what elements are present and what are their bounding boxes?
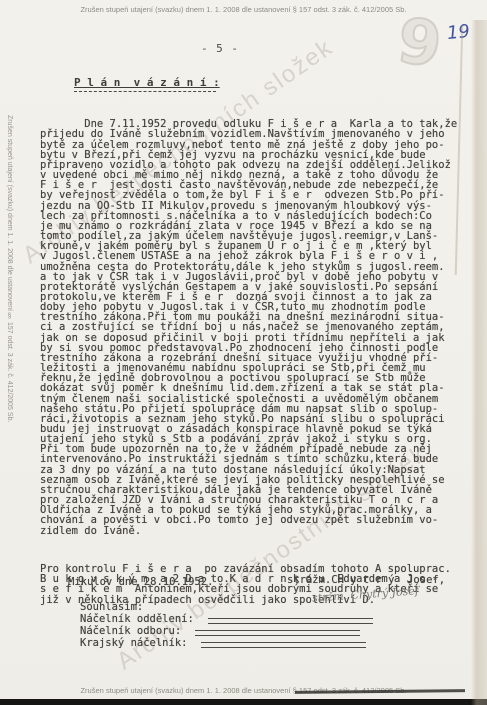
signature-line bbox=[201, 642, 366, 648]
scanned-document-page: Zrušen stupeň utajení (svazku) dnem 1. 1… bbox=[0, 0, 487, 705]
place-and-date: Mikulov dne 28.10.1952. bbox=[68, 576, 213, 588]
typed-page-number: - 5 - bbox=[0, 42, 440, 55]
scan-edge-black-bar bbox=[0, 699, 487, 705]
typed-text-line: dokázat svůj poměr k dnešnímu lid.dem.zř… bbox=[40, 383, 480, 393]
document-body: Dne 7.11.1952 provedu odluku F i š e r a… bbox=[40, 99, 480, 625]
approval-row-section-chief: Náčelník odboru: bbox=[80, 625, 373, 637]
approval-label: Náčelník odboru: bbox=[80, 625, 181, 637]
title-underline-dashes bbox=[74, 91, 216, 92]
declassification-notice-left-margin: Zrušen stupeň utajení (svazku) dnem 1. 1… bbox=[6, 115, 13, 545]
agree-label: Souhlasím: bbox=[80, 601, 373, 613]
document-title: P l á n v á z á n í : bbox=[74, 76, 220, 89]
approval-label: Náčelník oddělení: bbox=[80, 613, 194, 625]
typed-text-line: zidlem do Iváně. bbox=[40, 526, 480, 536]
paragraph-1: Dne 7.11.1952 provedu odluku F i š e r a… bbox=[40, 119, 480, 535]
approval-row-regional-chief: Krajský náčelník: bbox=[80, 637, 373, 649]
signature-line bbox=[195, 630, 360, 636]
page-edge-shadow bbox=[471, 20, 487, 705]
signature-line bbox=[208, 618, 373, 624]
approval-label: Krajský náčelník: bbox=[80, 637, 187, 649]
approval-row-department-chief: Náčelník oddělení: bbox=[80, 613, 373, 625]
handwritten-page-number: 19 bbox=[446, 21, 471, 44]
typed-text-line: v Jugosl.členem USTAŠE a na jehož zákrok… bbox=[40, 251, 480, 261]
approval-block: Souhlasím: Náčelník oddělení: Náčelník o… bbox=[80, 601, 373, 649]
typed-signature: strážm.CH y t r ý Josef, bbox=[287, 574, 445, 586]
